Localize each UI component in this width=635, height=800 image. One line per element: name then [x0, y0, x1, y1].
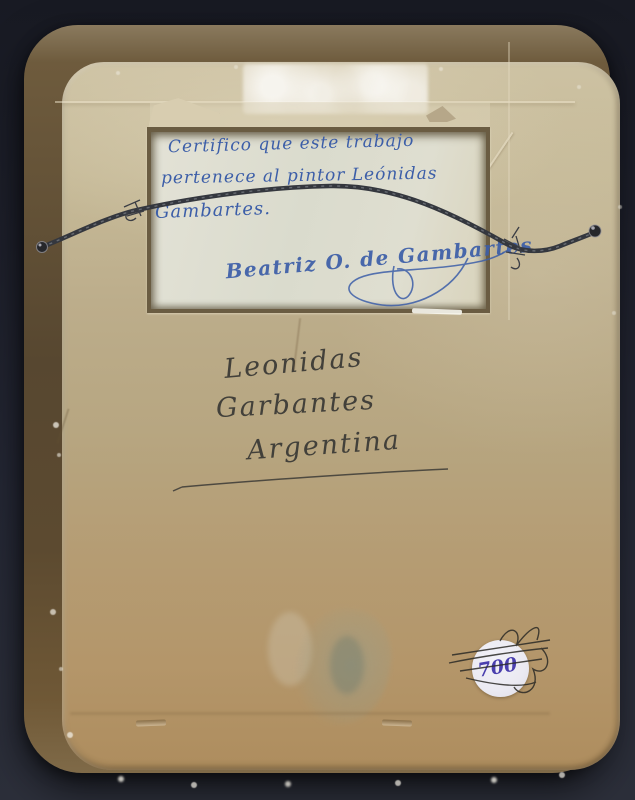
sticker-price: 700 — [476, 653, 519, 682]
paper-seam-right — [508, 42, 510, 320]
paper-seam-bottom — [70, 712, 550, 715]
paper-dent-bottom-right — [382, 719, 412, 726]
certificate-line-3: Gambartes. — [155, 198, 272, 223]
price-sticker: 700 — [472, 640, 529, 697]
abrasion-dark-spot — [330, 636, 364, 694]
photo-backdrop: Certifico que este trabajo pertenece al … — [0, 0, 635, 800]
paper-dent-bottom-left — [136, 719, 166, 726]
frame-edge-paint-flecks — [24, 25, 28, 29]
